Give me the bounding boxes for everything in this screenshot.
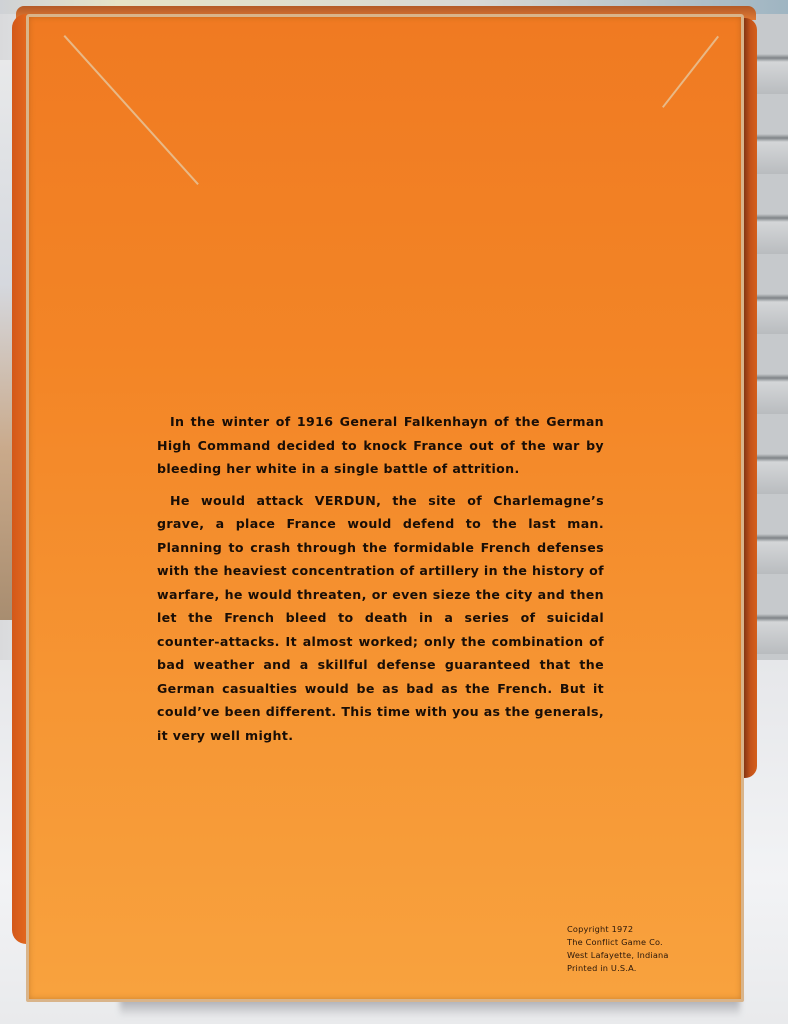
box-description: In the winter of 1916 General Falkenhayn… — [157, 410, 604, 755]
copyright-line: Copyright 1972 — [567, 923, 727, 936]
description-paragraph: In the winter of 1916 General Falkenhayn… — [157, 410, 604, 481]
crease-mark — [662, 36, 719, 108]
publisher-colophon: Copyright 1972 The Conflict Game Co. Wes… — [567, 923, 727, 975]
crease-mark — [64, 35, 199, 185]
location-line: West Lafayette, Indiana — [567, 949, 727, 962]
printed-line: Printed in U.S.A. — [567, 962, 727, 975]
description-paragraph: He would attack VERDUN, the site of Char… — [157, 489, 604, 748]
publisher-line: The Conflict Game Co. — [567, 936, 727, 949]
